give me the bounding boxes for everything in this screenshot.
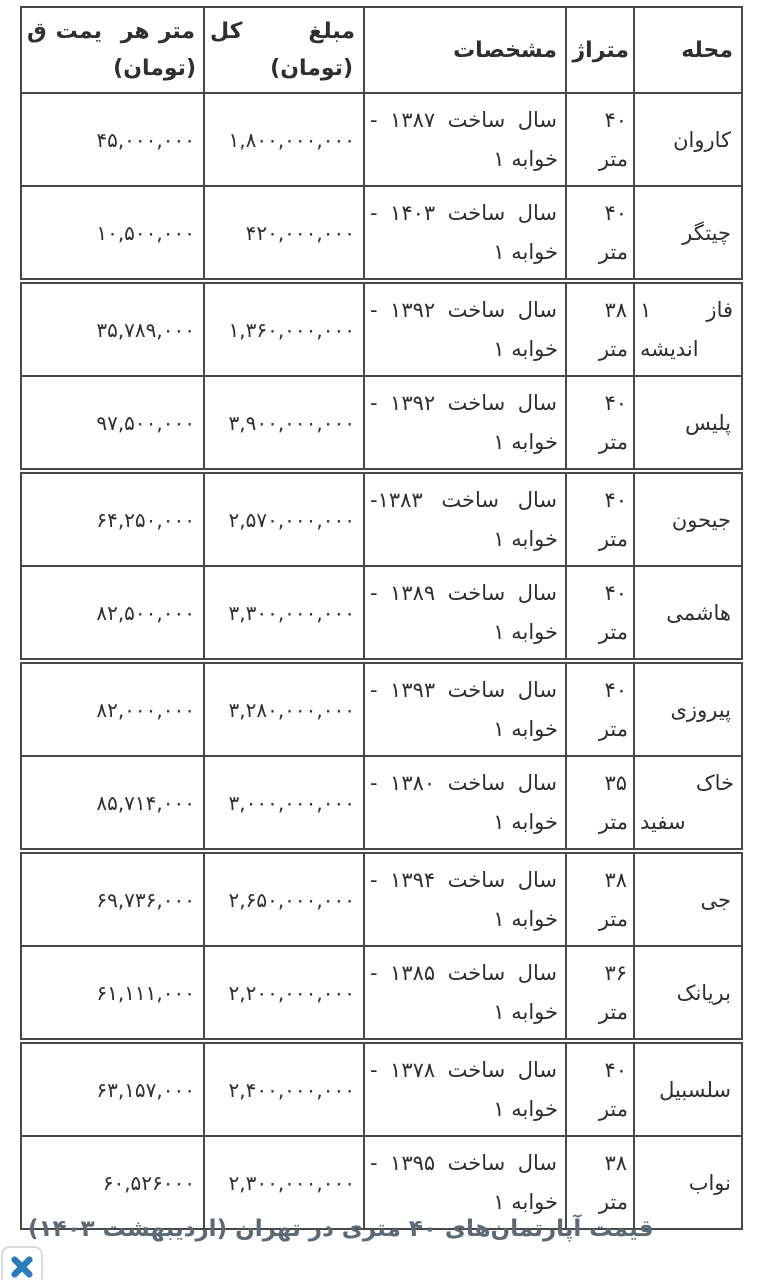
area-cell: ۴۰متر [566,186,634,281]
district-cell: خاکسفید [634,756,742,851]
specs-token: - [370,108,378,132]
total-amount-value: ۲,۵۷۰,۰۰۰,۰۰۰ [229,508,356,532]
total-amount-cell: ۴۲۰,۰۰۰,۰۰۰ [204,186,364,281]
table-row: ۶۳,۱۵۷,۰۰۰۲,۴۰۰,۰۰۰,۰۰۰-۱۳۷۸ساختسال۱ خوا… [21,1041,742,1136]
price-per-meter-cell: ۹۷,۵۰۰,۰۰۰ [21,376,204,471]
price-per-meter-value: ۶۴,۲۵۰,۰۰۰ [96,508,195,532]
specs-line1: -۱۳۸۹ساختسال [365,581,565,605]
specs-token: ساخت [441,488,499,512]
area-value: ۳۵ [567,771,633,795]
specs-line2: ۱ خوابه [365,810,565,834]
specs-line2: ۱ خوابه [365,907,565,931]
specs-token: ساخت [448,581,506,605]
page: { "page": { "background": "#ffffff", "te… [0,0,761,1280]
area-value: ۳۸ [567,298,633,322]
area-number: ۳۸ [604,1151,627,1175]
specs-line1: -۱۴۰۳ساختسال [365,201,565,225]
district-token: نواب [689,1171,731,1195]
specs-token: -۱۳۸۳ [370,488,423,512]
district-token: سفید [640,810,686,834]
area-value: ۳۶ [567,961,633,985]
area-unit-text: متر [599,620,628,644]
area-unit: متر [567,240,633,264]
header-label: مشخصات [453,38,557,63]
specs-token: ساخت [448,391,506,415]
area-cell: ۴۰متر [566,566,634,661]
specs-line2: ۱ خوابه [365,430,565,454]
close-button[interactable] [1,1246,43,1280]
specs-token: ۱۳۸۵ [390,961,435,985]
district-line2: سفید [635,810,741,834]
total-amount-cell: ۲,۲۰۰,۰۰۰,۰۰۰ [204,946,364,1041]
area-unit: متر [567,147,633,171]
specs-line1: -۱۳۹۵ساختسال [365,1151,565,1175]
table-row: ۶۹,۷۳۶,۰۰۰۲,۶۵۰,۰۰۰,۰۰۰-۱۳۹۴ساختسال۱ خوا… [21,851,742,946]
total-amount-value: ۲,۴۰۰,۰۰۰,۰۰۰ [229,1078,356,1102]
specs-token: ساخت [448,298,506,322]
specs-token: ۱۳۹۴ [390,868,435,892]
table-row: ۶۱,۱۱۱,۰۰۰۲,۲۰۰,۰۰۰,۰۰۰-۱۳۸۵ساختسال۱ خوا… [21,946,742,1041]
header-word: متر [159,19,195,44]
price-per-meter-value: ۶۳,۱۵۷,۰۰۰ [96,1078,195,1102]
specs-token: ۱۳۹۲ [390,298,435,322]
specs-cell: -۱۴۰۳ساختسال۱ خوابه [364,186,566,281]
price-per-meter-value: ۱۰,۵۰۰,۰۰۰ [96,221,195,245]
area-value: ۴۰ [567,391,633,415]
total-amount-cell: ۱,۳۶۰,۰۰۰,۰۰۰ [204,281,364,376]
area-number: ۴۰ [604,581,627,605]
specs-token: - [370,581,378,605]
specs-token: سال [518,961,557,985]
header-price-per-meter: ق یمت هر متر (تومان) [21,7,204,93]
specs-cell: -۱۳۸۵ساختسال۱ خوابه [364,946,566,1041]
specs-token: ساخت [448,1151,506,1175]
specs-line1: -۱۳۹۴ساختسال [365,868,565,892]
price-per-meter-value: ۸۵,۷۱۴,۰۰۰ [96,791,195,815]
district-cell: کاروان [634,93,742,186]
price-per-meter-cell: ۴۵,۰۰۰,۰۰۰ [21,93,204,186]
total-amount-value: ۲,۳۰۰,۰۰۰,۰۰۰ [229,1171,356,1195]
total-amount-value: ۴۲۰,۰۰۰,۰۰۰ [246,221,355,245]
district-token: کاروان [673,128,731,152]
header-row: ق یمت هر متر (تومان) کل مبلغ [21,7,742,93]
total-amount-cell: ۲,۶۵۰,۰۰۰,۰۰۰ [204,851,364,946]
area-number: ۴۰ [604,391,627,415]
area-number: ۳۸ [604,298,627,322]
district-token: جیحون [672,508,731,532]
specs-line1: -۱۳۹۲ساختسال [365,298,565,322]
district-cell: سلسبیل [634,1041,742,1136]
specs-token: ۱۴۰۳ [390,201,435,225]
specs-token: سال [518,108,557,132]
district-line1: جی [635,854,741,945]
area-cell: ۳۸متر [566,281,634,376]
specs-line2: ۱ خوابه [365,1097,565,1121]
total-amount-value: ۲,۲۰۰,۰۰۰,۰۰۰ [229,981,356,1005]
area-value: ۴۰ [567,108,633,132]
district-line1: کاروان [635,94,741,185]
district-token: چیتگر [682,221,731,245]
district-token: پیروزی [671,698,732,722]
district-token: هاشمی [666,601,731,625]
header-word: کل [210,19,242,44]
specs-line1: -۱۳۷۸ساختسال [365,1058,565,1082]
close-icon [9,1254,35,1280]
total-amount-value: ۲,۶۵۰,۰۰۰,۰۰۰ [229,888,356,912]
header-word: هر [121,19,150,44]
table-header: ق یمت هر متر (تومان) کل مبلغ [21,7,742,93]
specs-line2: ۱ خوابه [365,147,565,171]
specs-token: ساخت [448,868,506,892]
area-unit: متر [567,810,633,834]
price-per-meter-value: ۸۲,۰۰۰,۰۰۰ [96,698,195,722]
specs-line1: -۱۳۹۳ساختسال [365,678,565,702]
specs-cell: -۱۳۹۴ساختسال۱ خوابه [364,851,566,946]
specs-token: - [370,961,378,985]
total-amount-cell: ۲,۵۷۰,۰۰۰,۰۰۰ [204,471,364,566]
area-unit: متر [567,1190,633,1214]
area-unit-text: متر [599,1190,628,1214]
area-cell: ۴۰متر [566,1041,634,1136]
table-row: ۹۷,۵۰۰,۰۰۰۳,۹۰۰,۰۰۰,۰۰۰-۱۳۹۲ساختسال۱ خوا… [21,376,742,471]
specs-token: - [370,391,378,415]
header-price-per-meter-words: ق یمت [27,19,102,44]
price-per-meter-cell: ۶۳,۱۵۷,۰۰۰ [21,1041,204,1136]
price-per-meter-cell: ۸۲,۰۰۰,۰۰۰ [21,661,204,756]
area-cell: ۴۰متر [566,471,634,566]
table-caption: قیمت آپارتمان‌های ۴۰ متری در تهران (اردی… [28,1216,654,1242]
specs-token: ۱۳۹۲ [390,391,435,415]
area-unit: متر [567,1097,633,1121]
specs-line1: -۱۳۸۰ساختسال [365,771,565,795]
specs-line1: -۱۳۸۷ساختسال [365,108,565,132]
specs-token: - [370,1058,378,1082]
area-unit: متر [567,337,633,361]
specs-line2: ۱ خوابه [365,620,565,644]
total-amount-value: ۱,۸۰۰,۰۰۰,۰۰۰ [229,128,356,152]
bedrooms-text: ۱ خوابه [493,1190,558,1214]
specs-token: ساخت [448,108,506,132]
specs-token: - [370,771,378,795]
specs-line2: ۱ خوابه [365,717,565,741]
area-unit-text: متر [599,1097,628,1121]
district-line1: پلیس [635,377,741,468]
bedrooms-text: ۱ خوابه [493,810,558,834]
district-cell: چیتگر [634,186,742,281]
area-unit: متر [567,620,633,644]
district-line1: نواب [635,1137,741,1228]
district-cell: پیروزی [634,661,742,756]
area-number: ۴۰ [604,201,627,225]
total-amount-cell: ۱,۸۰۰,۰۰۰,۰۰۰ [204,93,364,186]
total-amount-value: ۱,۳۶۰,۰۰۰,۰۰۰ [229,318,356,342]
total-amount-value: ۳,۹۰۰,۰۰۰,۰۰۰ [229,411,356,435]
district-line1: خاک [635,771,741,795]
specs-token: سال [518,581,557,605]
table-body: ۴۵,۰۰۰,۰۰۰۱,۸۰۰,۰۰۰,۰۰۰-۱۳۸۷ساختسال۱ خوا… [21,93,742,1229]
bedrooms-text: ۱ خوابه [493,1097,558,1121]
district-line1: ۱فاز [635,298,741,322]
area-number: ۳۶ [604,961,627,985]
price-per-meter-value: ۴۵,۰۰۰,۰۰۰ [96,128,195,152]
table-row: ۳۵,۷۸۹,۰۰۰۱,۳۶۰,۰۰۰,۰۰۰-۱۳۹۲ساختسال۱ خوا… [21,281,742,376]
area-cell: ۳۵متر [566,756,634,851]
table-row: ۸۲,۵۰۰,۰۰۰۳,۳۰۰,۰۰۰,۰۰۰-۱۳۸۹ساختسال۱ خوا… [21,566,742,661]
table-row: ۱۰,۵۰۰,۰۰۰۴۲۰,۰۰۰,۰۰۰-۱۴۰۳ساختسال۱ خوابه… [21,186,742,281]
specs-token: سال [518,298,557,322]
area-number: ۳۵ [604,771,627,795]
price-per-meter-value: ۸۲,۵۰۰,۰۰۰ [96,601,195,625]
specs-cell: -۱۳۷۸ساختسال۱ خوابه [364,1041,566,1136]
area-value: ۴۰ [567,201,633,225]
specs-token: ۱۳۸۷ [390,108,435,132]
area-unit-text: متر [599,907,628,931]
price-table: ق یمت هر متر (تومان) کل مبلغ [20,6,743,1230]
table-row: ۸۵,۷۱۴,۰۰۰۳,۰۰۰,۰۰۰,۰۰۰-۱۳۸۰ساختسال۱ خوا… [21,756,742,851]
area-value: ۴۰ [567,488,633,512]
area-cell: ۳۶متر [566,946,634,1041]
district-token: اندیشه [640,337,699,361]
specs-token: - [370,868,378,892]
area-number: ۳۸ [604,868,627,892]
district-cell: بریانک [634,946,742,1041]
price-per-meter-cell: ۶۴,۲۵۰,۰۰۰ [21,471,204,566]
total-amount-cell: ۲,۴۰۰,۰۰۰,۰۰۰ [204,1041,364,1136]
total-amount-cell: ۳,۰۰۰,۰۰۰,۰۰۰ [204,756,364,851]
area-value: ۴۰ [567,581,633,605]
price-per-meter-cell: ۶۹,۷۳۶,۰۰۰ [21,851,204,946]
total-amount-cell: ۳,۲۸۰,۰۰۰,۰۰۰ [204,661,364,756]
district-line1: چیتگر [635,187,741,278]
specs-line2: ۱ خوابه [365,527,565,551]
area-unit: متر [567,430,633,454]
district-token: ۱ [640,298,651,322]
district-cell: ۱فازاندیشه [634,281,742,376]
header-area: متراژ [566,7,634,93]
price-per-meter-cell: ۳۵,۷۸۹,۰۰۰ [21,281,204,376]
area-unit: متر [567,1000,633,1024]
price-per-meter-value: ۶۹,۷۳۶,۰۰۰ [96,888,195,912]
bedrooms-text: ۱ خوابه [493,1000,558,1024]
bedrooms-text: ۱ خوابه [493,907,558,931]
header-unit-toman: (تومان) [113,56,196,81]
price-per-meter-value: ۶۰,۵۲۶۰۰۰ [103,1171,195,1195]
area-value: ۴۰ [567,678,633,702]
area-value: ۴۰ [567,1058,633,1082]
specs-token: ۱۳۸۰ [390,771,435,795]
bedrooms-text: ۱ خوابه [493,430,558,454]
specs-token: سال [518,771,557,795]
area-unit: متر [567,527,633,551]
specs-token: - [370,201,378,225]
specs-line1: -۱۳۸۵ساختسال [365,961,565,985]
header-word: ق [27,19,47,44]
table-row: ۶۴,۲۵۰,۰۰۰۲,۵۷۰,۰۰۰,۰۰۰-۱۳۸۳ساختسال۱ خوا… [21,471,742,566]
specs-cell: -۱۳۹۲ساختسال۱ خوابه [364,281,566,376]
specs-cell: -۱۳۹۳ساختسال۱ خوابه [364,661,566,756]
district-cell: پلیس [634,376,742,471]
specs-cell: -۱۳۸۰ساختسال۱ خوابه [364,756,566,851]
area-number: ۴۰ [604,678,627,702]
area-unit: متر [567,907,633,931]
area-number: ۴۰ [604,1058,627,1082]
price-per-meter-value: ۶۱,۱۱۱,۰۰۰ [96,981,195,1005]
header-label: محله [681,38,733,63]
specs-token: سال [518,868,557,892]
area-unit-text: متر [599,337,628,361]
specs-token: - [370,1151,378,1175]
specs-token: سال [518,488,557,512]
specs-token: ساخت [448,771,506,795]
specs-token: - [370,298,378,322]
bedrooms-text: ۱ خوابه [493,717,558,741]
area-value: ۳۸ [567,868,633,892]
header-specs: مشخصات [364,7,566,93]
specs-line1: -۱۳۸۳ساختسال [365,488,565,512]
area-cell: ۴۰متر [566,661,634,756]
district-token: بریانک [677,981,731,1005]
total-amount-value: ۳,۳۰۰,۰۰۰,۰۰۰ [229,601,356,625]
specs-line2: ۱ خوابه [365,337,565,361]
district-cell: هاشمی [634,566,742,661]
price-per-meter-value: ۳۵,۷۸۹,۰۰۰ [96,318,195,342]
specs-token: ساخت [448,678,506,702]
specs-token: - [370,678,378,702]
total-amount-value: ۳,۰۰۰,۰۰۰,۰۰۰ [229,791,356,815]
district-line1: هاشمی [635,567,741,658]
specs-cell: -۱۳۸۷ساختسال۱ خوابه [364,93,566,186]
area-unit-text: متر [599,430,628,454]
bedrooms-text: ۱ خوابه [493,147,558,171]
area-cell: ۴۰متر [566,376,634,471]
specs-cell: -۱۳۸۳ساختسال۱ خوابه [364,471,566,566]
header-label: متراژ [573,38,630,63]
specs-token: سال [518,678,557,702]
district-line2: اندیشه [635,337,741,361]
area-number: ۴۰ [604,488,627,512]
specs-token: ساخت [448,1058,506,1082]
table-row: ۸۲,۰۰۰,۰۰۰۳,۲۸۰,۰۰۰,۰۰۰-۱۳۹۳ساختسال۱ خوا… [21,661,742,756]
district-cell: جیحون [634,471,742,566]
area-unit-text: متر [599,1000,628,1024]
header-word: مبلغ [308,19,355,44]
specs-token: ۱۳۷۸ [390,1058,435,1082]
specs-token: ۱۳۹۵ [390,1151,435,1175]
header-district: محله [634,7,742,93]
price-per-meter-cell: ۸۲,۵۰۰,۰۰۰ [21,566,204,661]
specs-token: ۱۳۸۹ [390,581,435,605]
district-token: جی [701,888,732,912]
specs-token: ۱۳۹۳ [390,678,435,702]
district-line1: سلسبیل [635,1044,741,1135]
specs-token: ساخت [448,961,506,985]
area-cell: ۴۰متر [566,93,634,186]
price-per-meter-value: ۹۷,۵۰۰,۰۰۰ [96,411,195,435]
specs-cell: -۱۳۹۲ساختسال۱ خوابه [364,376,566,471]
price-per-meter-cell: ۶۱,۱۱۱,۰۰۰ [21,946,204,1041]
area-unit: متر [567,717,633,741]
district-line1: جیحون [635,474,741,565]
district-line1: بریانک [635,947,741,1038]
header-unit-toman: (تومان) [270,56,353,81]
district-cell: جی [634,851,742,946]
district-token: سلسبیل [659,1078,731,1102]
table-row: ۴۵,۰۰۰,۰۰۰۱,۸۰۰,۰۰۰,۰۰۰-۱۳۸۷ساختسال۱ خوا… [21,93,742,186]
area-number: ۴۰ [604,108,627,132]
header-price-per-meter-words: هر متر [121,19,195,44]
district-line1: پیروزی [635,664,741,755]
district-token: فاز [706,298,733,322]
specs-cell: -۱۳۸۹ساختسال۱ خوابه [364,566,566,661]
bedrooms-text: ۱ خوابه [493,620,558,644]
bedrooms-text: ۱ خوابه [493,240,558,264]
specs-line2: ۱ خوابه [365,240,565,264]
specs-token: سال [518,201,557,225]
area-value: ۳۸ [567,1151,633,1175]
specs-line1: -۱۳۹۲ساختسال [365,391,565,415]
total-amount-value: ۳,۲۸۰,۰۰۰,۰۰۰ [229,698,356,722]
total-amount-cell: ۳,۹۰۰,۰۰۰,۰۰۰ [204,376,364,471]
header-word: یمت [56,19,102,44]
area-unit-text: متر [599,147,628,171]
price-per-meter-cell: ۱۰,۵۰۰,۰۰۰ [21,186,204,281]
area-unit-text: متر [599,527,628,551]
bedrooms-text: ۱ خوابه [493,337,558,361]
bedrooms-text: ۱ خوابه [493,527,558,551]
specs-line2: ۱ خوابه [365,1000,565,1024]
price-per-meter-cell: ۸۵,۷۱۴,۰۰۰ [21,756,204,851]
specs-line2: ۱ خوابه [365,1190,565,1214]
total-amount-cell: ۳,۳۰۰,۰۰۰,۰۰۰ [204,566,364,661]
specs-token: ساخت [448,201,506,225]
district-token: خاک [696,771,734,795]
area-cell: ۳۸متر [566,851,634,946]
header-total-amount: کل مبلغ (تومان) [204,7,364,93]
specs-token: سال [518,391,557,415]
specs-token: سال [518,1151,557,1175]
area-unit-text: متر [599,717,628,741]
area-unit-text: متر [599,810,628,834]
district-token: پلیس [685,411,731,435]
area-unit-text: متر [599,240,628,264]
specs-token: سال [518,1058,557,1082]
